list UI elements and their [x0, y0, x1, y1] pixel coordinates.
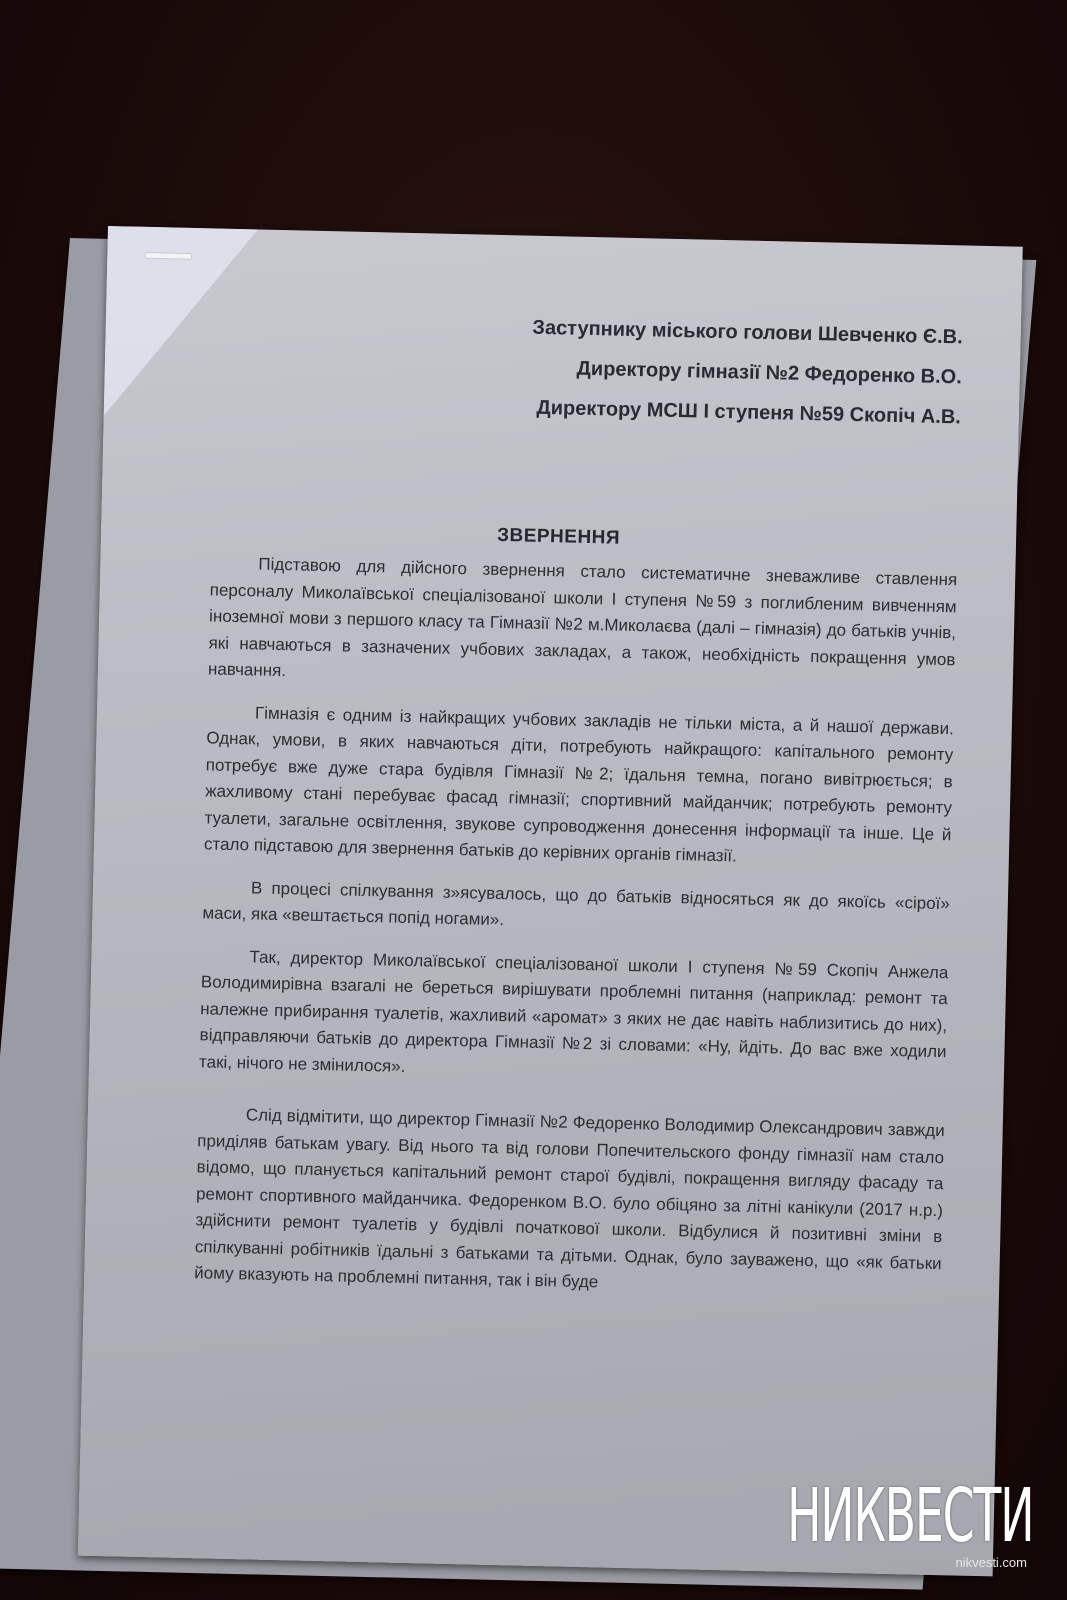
paragraph-5: Слід відмітити, що директор Гімназії №2 …	[194, 1101, 945, 1303]
staple-icon	[145, 253, 191, 259]
paragraph-1: Підставою для дійсного звернення стало с…	[208, 550, 958, 699]
watermark-logo: НИКВЕСТИ nikvesti.com	[636, 1479, 1033, 1570]
document-page: Заступнику міського голови Шевченко Є.В.…	[78, 226, 1023, 1576]
logo-wordmark: НИКВЕСТИ	[787, 1479, 1033, 1553]
addressee-deputy-mayor: Заступнику міського голови Шевченко Є.В.	[532, 316, 963, 350]
addressee-school-director: Директору МСШ І ступеня №59 Скопіч А.В.	[530, 396, 961, 430]
document-body: Підставою для дійсного звернення стало с…	[194, 550, 958, 1319]
paragraph-3: В процесі спілкування з»ясувалось, що до…	[202, 874, 950, 944]
paragraph-4: Так, директор Миколаївської спеціалізова…	[199, 943, 949, 1092]
addressee-gymnasium-director: Директору гімназії №2 Федоренко В.О.	[531, 356, 962, 390]
addressee-block: Заступнику міського голови Шевченко Є.В.…	[530, 316, 963, 446]
paragraph-2: Гімназія є одним із найкращих учбових за…	[204, 699, 954, 875]
